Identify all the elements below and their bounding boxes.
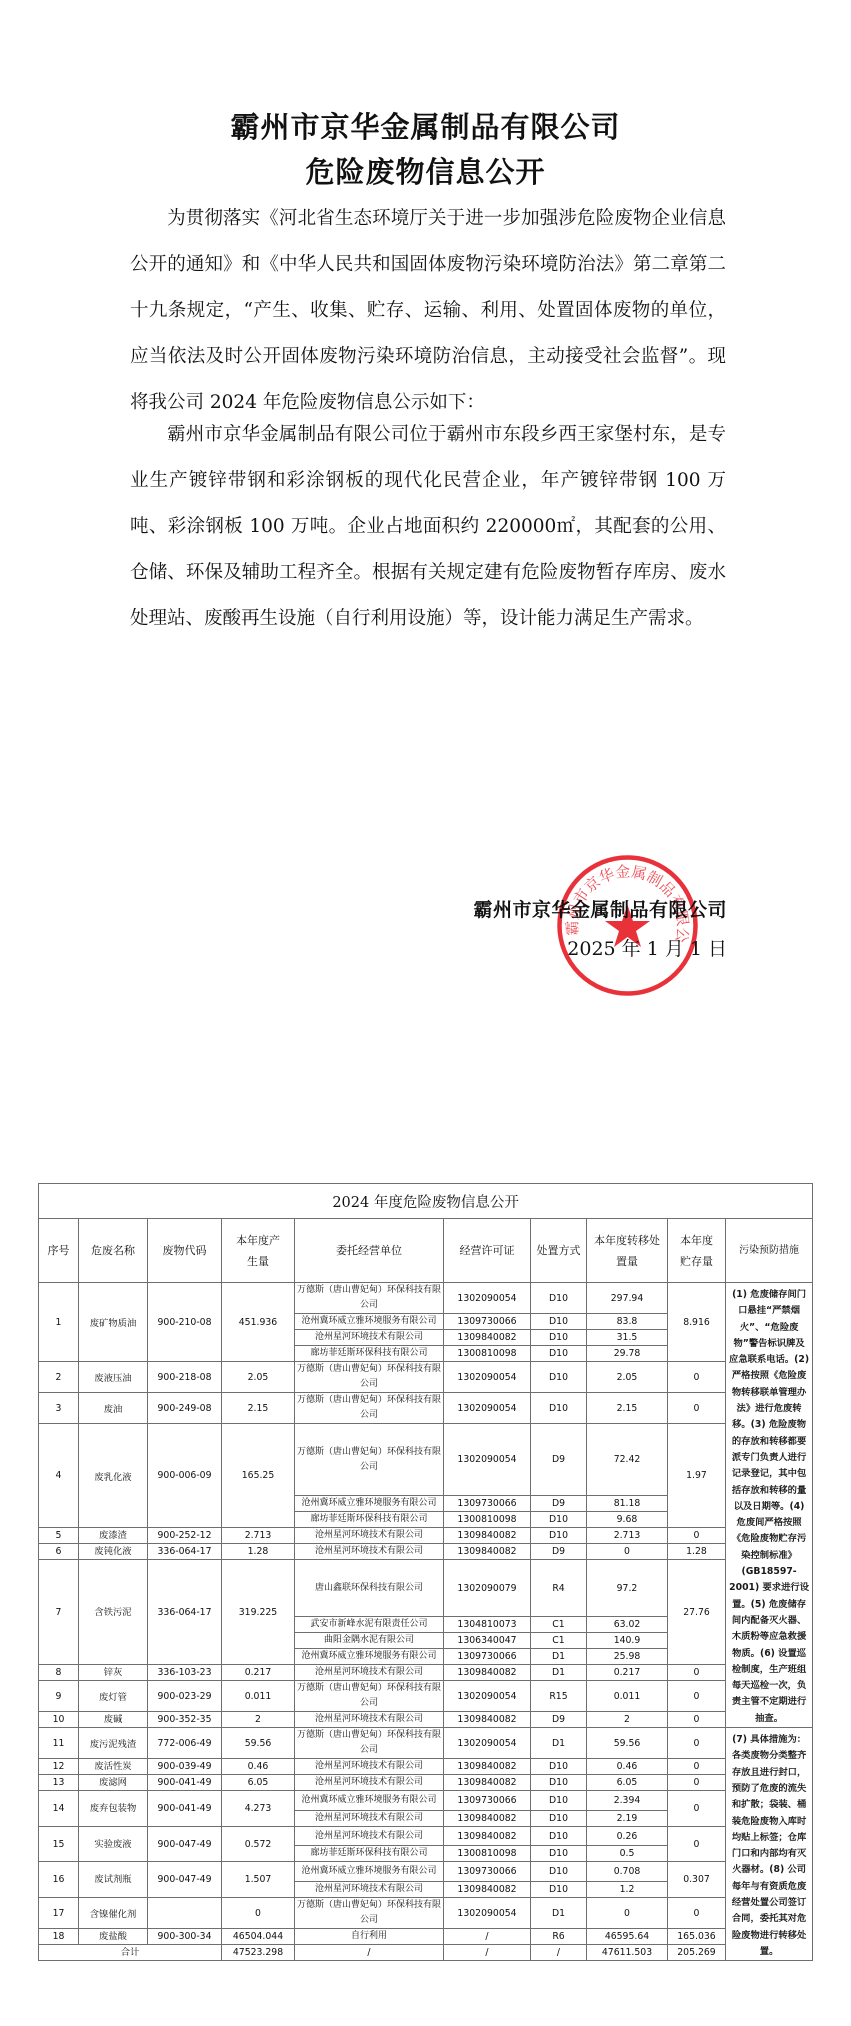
cell-seq: 13 xyxy=(39,1775,79,1791)
cell-code: 336-064-17 xyxy=(148,1560,222,1665)
cell-license: 1309840082 xyxy=(444,1882,531,1898)
cell-license: 1309840082 xyxy=(444,1665,531,1681)
cell-stored: 0 xyxy=(668,1826,726,1862)
cell-license: 1306340047 xyxy=(444,1633,531,1649)
cell-seq: 8 xyxy=(39,1665,79,1681)
cell-seq: 4 xyxy=(39,1424,79,1528)
table-row: 2废液压油900-218-082.05万德斯（唐山曹妃甸）环保科技有限公司130… xyxy=(39,1362,813,1393)
cell-transferred: 0 xyxy=(587,1544,668,1560)
cell-transferred: 297.94 xyxy=(587,1283,668,1314)
table-row: 11废污泥残渣772-006-4959.56万德斯（唐山曹妃甸）环保科技有限公司… xyxy=(39,1728,813,1759)
cell-method: D10 xyxy=(531,1810,587,1826)
cell-name: 废钝化液 xyxy=(79,1544,148,1560)
header-seq: 序号 xyxy=(39,1219,79,1283)
cell-unit: 万德斯（唐山曹妃甸）环保科技有限公司 xyxy=(295,1424,444,1496)
cell-stored: 0 xyxy=(668,1393,726,1424)
cell-produced: 0 xyxy=(222,1898,295,1929)
cell-method: D1 xyxy=(531,1665,587,1681)
cell-code: 900-252-12 xyxy=(148,1528,222,1544)
cell-code: 900-218-08 xyxy=(148,1362,222,1393)
cell-seq: 12 xyxy=(39,1759,79,1775)
company-profile-paragraph: 霸州市京华金属制品有限公司位于霸州市东段乡西王家堡村东，是专业生产镀锌带钢和彩涂… xyxy=(130,412,726,642)
header-license: 经营许可证 xyxy=(444,1219,531,1283)
total-license: / xyxy=(444,1945,531,1961)
cell-transferred: 72.42 xyxy=(587,1424,668,1496)
cell-stored: 0 xyxy=(668,1681,726,1712)
cell-method: D10 xyxy=(531,1362,587,1393)
cell-method: D10 xyxy=(531,1393,587,1424)
cell-name: 含镍催化剂 xyxy=(79,1898,148,1929)
cell-code xyxy=(148,1898,222,1929)
cell-stored: 0 xyxy=(668,1528,726,1544)
cell-license: 1309730066 xyxy=(444,1314,531,1330)
table-row: 8锌灰336-103-230.217沧州星河环境技术有限公司1309840082… xyxy=(39,1665,813,1681)
cell-license: 1309840082 xyxy=(444,1330,531,1346)
cell-stored: 0 xyxy=(668,1728,726,1759)
red-star-seal-icon: 霸州市京华金属制品有限公司 xyxy=(555,853,700,998)
cell-code: 900-041-49 xyxy=(148,1775,222,1791)
cell-transferred: 0.5 xyxy=(587,1846,668,1862)
cell-unit: 廊坊菲廷斯环保科技有限公司 xyxy=(295,1846,444,1862)
cell-method: D10 xyxy=(531,1791,587,1811)
cell-stored: 0 xyxy=(668,1759,726,1775)
header-produced: 本年度产生量 xyxy=(222,1219,295,1283)
cell-seq: 16 xyxy=(39,1862,79,1898)
cell-transferred: 97.2 xyxy=(587,1560,668,1617)
cell-code: 900-352-35 xyxy=(148,1712,222,1728)
cell-method: R15 xyxy=(531,1681,587,1712)
cell-transferred: 63.02 xyxy=(587,1617,668,1633)
cell-seq: 3 xyxy=(39,1393,79,1424)
total-label: 合计 xyxy=(39,1945,222,1961)
cell-transferred: 0.011 xyxy=(587,1681,668,1712)
cell-method: D1 xyxy=(531,1898,587,1929)
intro-paragraph: 为贯彻落实《河北省生态环境厅关于进一步加强涉危险废物企业信息公开的通知》和《中华… xyxy=(130,196,726,426)
cell-name: 实验废液 xyxy=(79,1826,148,1862)
cell-produced: 2.713 xyxy=(222,1528,295,1544)
cell-name: 废乳化液 xyxy=(79,1424,148,1528)
cell-method: D10 xyxy=(531,1314,587,1330)
cell-license: 1302090054 xyxy=(444,1681,531,1712)
table-row: 18废盐酸900-300-3446504.044自行利用/R646595.641… xyxy=(39,1929,813,1945)
cell-license: 1302090054 xyxy=(444,1898,531,1929)
table-row: 13废滤网900-041-496.05沧州星河环境技术有限公司130984008… xyxy=(39,1775,813,1791)
cell-produced: 4.273 xyxy=(222,1791,295,1827)
cell-transferred: 9.68 xyxy=(587,1512,668,1528)
cell-method: R4 xyxy=(531,1560,587,1617)
cell-license: 1309840082 xyxy=(444,1810,531,1826)
cell-seq: 7 xyxy=(39,1560,79,1665)
cell-license: 1302090054 xyxy=(444,1362,531,1393)
table-row: 14废弃包装物900-041-494.273沧州冀环威立雅环境服务有限公司130… xyxy=(39,1791,813,1811)
cell-stored: 0 xyxy=(668,1898,726,1929)
cell-method: D1 xyxy=(531,1649,587,1665)
cell-unit: 沧州冀环威立雅环境服务有限公司 xyxy=(295,1862,444,1882)
table-row: 9废灯管900-023-290.011万德斯（唐山曹妃甸）环保科技有限公司130… xyxy=(39,1681,813,1712)
document-title: 危险废物信息公开 xyxy=(0,150,851,191)
cell-code: 900-023-29 xyxy=(148,1681,222,1712)
header-transferred: 本年度转移处置量 xyxy=(587,1219,668,1283)
cell-unit: 自行利用 xyxy=(295,1929,444,1945)
cell-license: 1302090079 xyxy=(444,1560,531,1617)
cell-stored: 0.307 xyxy=(668,1862,726,1898)
cell-transferred: 2.05 xyxy=(587,1362,668,1393)
cell-code: 900-041-49 xyxy=(148,1791,222,1827)
table-row: 3废油900-249-082.15万德斯（唐山曹妃甸）环保科技有限公司13020… xyxy=(39,1393,813,1424)
cell-license: 1300810098 xyxy=(444,1346,531,1362)
cell-unit: 廊坊菲廷斯环保科技有限公司 xyxy=(295,1512,444,1528)
cell-license: 1300810098 xyxy=(444,1512,531,1528)
cell-name: 废活性炭 xyxy=(79,1759,148,1775)
cell-transferred: 31.5 xyxy=(587,1330,668,1346)
hazardous-waste-table: 2024 年度危险废物信息公开 序号 危废名称 废物代码 本年度产生量 委托经营… xyxy=(38,1183,813,1961)
cell-produced: 2.15 xyxy=(222,1393,295,1424)
cell-transferred: 81.18 xyxy=(587,1496,668,1512)
cell-transferred: 140.9 xyxy=(587,1633,668,1649)
cell-seq: 1 xyxy=(39,1283,79,1362)
cell-produced: 0.572 xyxy=(222,1826,295,1862)
cell-method: C1 xyxy=(531,1633,587,1649)
cell-unit: 沧州星河环境技术有限公司 xyxy=(295,1882,444,1898)
cell-name: 废液压油 xyxy=(79,1362,148,1393)
table-row: 7含铁污泥336-064-17319.225唐山鑫联环保科技有限公司130209… xyxy=(39,1560,813,1617)
cell-transferred: 0.708 xyxy=(587,1862,668,1882)
cell-stored: 1.28 xyxy=(668,1544,726,1560)
cell-method: D10 xyxy=(531,1346,587,1362)
cell-license: 1302090054 xyxy=(444,1393,531,1424)
cell-method: D10 xyxy=(531,1283,587,1314)
cell-transferred: 6.05 xyxy=(587,1775,668,1791)
total-stored: 205.269 xyxy=(668,1945,726,1961)
cell-method: C1 xyxy=(531,1617,587,1633)
cell-produced: 2.05 xyxy=(222,1362,295,1393)
cell-name: 废碱 xyxy=(79,1712,148,1728)
signature-date: 2025 年 1 月 1 日 xyxy=(567,934,727,961)
cell-license: 1309730066 xyxy=(444,1862,531,1882)
cell-license: 1309840082 xyxy=(444,1528,531,1544)
total-method: / xyxy=(531,1945,587,1961)
cell-produced: 319.225 xyxy=(222,1560,295,1665)
table-title: 2024 年度危险废物信息公开 xyxy=(39,1184,813,1219)
cell-unit: 廊坊菲廷斯环保科技有限公司 xyxy=(295,1346,444,1362)
cell-code: 336-064-17 xyxy=(148,1544,222,1560)
cell-code: 900-047-49 xyxy=(148,1826,222,1862)
header-unit: 委托经营单位 xyxy=(295,1219,444,1283)
intro-paragraph-text: 为贯彻落实《河北省生态环境厅关于进一步加强涉危险废物企业信息公开的通知》和《中华… xyxy=(130,208,726,413)
cell-name: 废弃包装物 xyxy=(79,1791,148,1827)
table-row: 5废漆渣900-252-122.713沧州星河环境技术有限公司130984008… xyxy=(39,1528,813,1544)
cell-transferred: 59.56 xyxy=(587,1728,668,1759)
cell-produced: 451.936 xyxy=(222,1283,295,1362)
cell-code: 772-006-49 xyxy=(148,1728,222,1759)
cell-code: 900-249-08 xyxy=(148,1393,222,1424)
cell-transferred: 2.713 xyxy=(587,1528,668,1544)
cell-license: 1309730066 xyxy=(444,1791,531,1811)
cell-license: 1302090054 xyxy=(444,1283,531,1314)
cell-license: 1302090054 xyxy=(444,1728,531,1759)
total-transferred: 47611.503 xyxy=(587,1945,668,1961)
cell-method: D10 xyxy=(531,1759,587,1775)
cell-method: D10 xyxy=(531,1775,587,1791)
table-row: 16废试剂瓶900-047-491.507沧州冀环威立雅环境服务有限公司1309… xyxy=(39,1862,813,1882)
cell-name: 废污泥残渣 xyxy=(79,1728,148,1759)
cell-license: 1302090054 xyxy=(444,1424,531,1496)
cell-unit: 沧州星河环境技术有限公司 xyxy=(295,1712,444,1728)
cell-seq: 11 xyxy=(39,1728,79,1759)
header-stored: 本年度贮存量 xyxy=(668,1219,726,1283)
cell-code: 900-210-08 xyxy=(148,1283,222,1362)
table-total-row: 合计47523.298///47611.503205.269 xyxy=(39,1945,813,1961)
header-code: 废物代码 xyxy=(148,1219,222,1283)
cell-seq: 9 xyxy=(39,1681,79,1712)
cell-transferred: 2.15 xyxy=(587,1393,668,1424)
cell-seq: 2 xyxy=(39,1362,79,1393)
cell-unit: 沧州星河环境技术有限公司 xyxy=(295,1665,444,1681)
cell-produced: 46504.044 xyxy=(222,1929,295,1945)
cell-stored: 0 xyxy=(668,1791,726,1827)
cell-stored: 8.916 xyxy=(668,1283,726,1362)
cell-unit: 万德斯（唐山曹妃甸）环保科技有限公司 xyxy=(295,1283,444,1314)
cell-name: 废矿物质油 xyxy=(79,1283,148,1362)
cell-unit: 沧州星河环境技术有限公司 xyxy=(295,1775,444,1791)
cell-name: 废试剂瓶 xyxy=(79,1862,148,1898)
header-name: 危废名称 xyxy=(79,1219,148,1283)
cell-stored: 0 xyxy=(668,1775,726,1791)
cell-method: D10 xyxy=(531,1882,587,1898)
cell-license: 1309730066 xyxy=(444,1649,531,1665)
cell-name: 废漆渣 xyxy=(79,1528,148,1544)
cell-transferred: 25.98 xyxy=(587,1649,668,1665)
cell-license: 1309840082 xyxy=(444,1826,531,1846)
cell-license: 1309840082 xyxy=(444,1775,531,1791)
cell-transferred: 2 xyxy=(587,1712,668,1728)
cell-seq: 17 xyxy=(39,1898,79,1929)
table-row: 17含镍催化剂0万德斯（唐山曹妃甸）环保科技有限公司1302090054D100 xyxy=(39,1898,813,1929)
cell-unit: 万德斯（唐山曹妃甸）环保科技有限公司 xyxy=(295,1362,444,1393)
cell-method: D9 xyxy=(531,1544,587,1560)
cell-stored: 27.76 xyxy=(668,1560,726,1665)
cell-license: 1309730066 xyxy=(444,1496,531,1512)
cell-license: 1309840082 xyxy=(444,1759,531,1775)
cell-method: D10 xyxy=(531,1528,587,1544)
total-produced: 47523.298 xyxy=(222,1945,295,1961)
cell-method: D9 xyxy=(531,1496,587,1512)
cell-stored: 1.97 xyxy=(668,1424,726,1528)
cell-license: / xyxy=(444,1929,531,1945)
cell-name: 废灯管 xyxy=(79,1681,148,1712)
cell-name: 含铁污泥 xyxy=(79,1560,148,1665)
cell-transferred: 83.8 xyxy=(587,1314,668,1330)
cell-produced: 1.507 xyxy=(222,1862,295,1898)
table-row: 1废矿物质油900-210-08451.936万德斯（唐山曹妃甸）环保科技有限公… xyxy=(39,1283,813,1314)
cell-produced: 1.28 xyxy=(222,1544,295,1560)
cell-stored: 165.036 xyxy=(668,1929,726,1945)
header-measures: 污染预防措施 xyxy=(726,1219,813,1283)
cell-method: D10 xyxy=(531,1330,587,1346)
cell-transferred: 2.394 xyxy=(587,1791,668,1811)
cell-unit: 武安市新峰水泥有限责任公司 xyxy=(295,1617,444,1633)
cell-seq: 14 xyxy=(39,1791,79,1827)
cell-unit: 沧州冀环威立雅环境服务有限公司 xyxy=(295,1496,444,1512)
cell-name: 废滤网 xyxy=(79,1775,148,1791)
cell-produced: 0.46 xyxy=(222,1759,295,1775)
cell-produced: 2 xyxy=(222,1712,295,1728)
cell-unit: 沧州星河环境技术有限公司 xyxy=(295,1810,444,1826)
cell-stored: 0 xyxy=(668,1712,726,1728)
cell-method: R6 xyxy=(531,1929,587,1945)
cell-measures-part1: (1) 危废储存间门口悬挂“严禁烟火”、“危险废物”警告标识牌及应急联系电话。(… xyxy=(726,1283,813,1728)
header-method: 处置方式 xyxy=(531,1219,587,1283)
cell-license: 1309840082 xyxy=(444,1544,531,1560)
cell-unit: 万德斯（唐山曹妃甸）环保科技有限公司 xyxy=(295,1681,444,1712)
table-row: 15实验废液900-047-490.572沧州星河环境技术有限公司1309840… xyxy=(39,1826,813,1846)
cell-unit: 曲阳金隅水泥有限公司 xyxy=(295,1633,444,1649)
table-row: 12废活性炭900-039-490.46沧州星河环境技术有限公司13098400… xyxy=(39,1759,813,1775)
cell-code: 900-047-49 xyxy=(148,1862,222,1898)
cell-seq: 15 xyxy=(39,1826,79,1862)
cell-unit: 沧州星河环境技术有限公司 xyxy=(295,1759,444,1775)
cell-unit: 唐山鑫联环保科技有限公司 xyxy=(295,1560,444,1617)
document-page: 霸州市京华金属制品有限公司 危险废物信息公开 为贯彻落实《河北省生态环境厅关于进… xyxy=(0,0,851,2026)
cell-transferred: 1.2 xyxy=(587,1882,668,1898)
cell-unit: 沧州冀环威立雅环境服务有限公司 xyxy=(295,1649,444,1665)
cell-unit: 沧州星河环境技术有限公司 xyxy=(295,1826,444,1846)
cell-method: D10 xyxy=(531,1826,587,1846)
cell-license: 1300810098 xyxy=(444,1846,531,1862)
cell-method: D10 xyxy=(531,1512,587,1528)
cell-code: 900-006-09 xyxy=(148,1424,222,1528)
cell-method: D9 xyxy=(531,1424,587,1496)
cell-transferred: 0.46 xyxy=(587,1759,668,1775)
table-row: 4废乳化液900-006-09165.25万德斯（唐山曹妃甸）环保科技有限公司1… xyxy=(39,1424,813,1496)
cell-method: D10 xyxy=(531,1846,587,1862)
cell-stored: 0 xyxy=(668,1665,726,1681)
cell-transferred: 46595.64 xyxy=(587,1929,668,1945)
signature-company: 霸州市京华金属制品有限公司 xyxy=(473,895,727,922)
cell-unit: 沧州星河环境技术有限公司 xyxy=(295,1544,444,1560)
cell-unit: 万德斯（唐山曹妃甸）环保科技有限公司 xyxy=(295,1393,444,1424)
cell-method: D10 xyxy=(531,1862,587,1882)
cell-unit: 万德斯（唐山曹妃甸）环保科技有限公司 xyxy=(295,1898,444,1929)
cell-code: 900-300-34 xyxy=(148,1929,222,1945)
cell-produced: 0.011 xyxy=(222,1681,295,1712)
cell-unit: 沧州冀环威立雅环境服务有限公司 xyxy=(295,1314,444,1330)
company-profile-text: 霸州市京华金属制品有限公司位于霸州市东段乡西王家堡村东，是专业生产镀锌带钢和彩涂… xyxy=(130,424,726,629)
cell-unit: 沧州星河环境技术有限公司 xyxy=(295,1330,444,1346)
cell-method: D1 xyxy=(531,1728,587,1759)
cell-measures-part2: (7) 具体措施为：各类废物分类整齐存放且进行封口，预防了危废的流失和扩散；袋装… xyxy=(726,1728,813,1961)
cell-seq: 18 xyxy=(39,1929,79,1945)
cell-produced: 59.56 xyxy=(222,1728,295,1759)
cell-name: 锌灰 xyxy=(79,1665,148,1681)
cell-transferred: 0 xyxy=(587,1898,668,1929)
cell-seq: 6 xyxy=(39,1544,79,1560)
cell-seq: 10 xyxy=(39,1712,79,1728)
cell-transferred: 2.19 xyxy=(587,1810,668,1826)
cell-method: D9 xyxy=(531,1712,587,1728)
total-unit: / xyxy=(295,1945,444,1961)
cell-unit: 万德斯（唐山曹妃甸）环保科技有限公司 xyxy=(295,1728,444,1759)
cell-transferred: 0.26 xyxy=(587,1826,668,1846)
table-row: 10废碱900-352-352沧州星河环境技术有限公司1309840082D92… xyxy=(39,1712,813,1728)
table-header-row: 序号 危废名称 废物代码 本年度产生量 委托经营单位 经营许可证 处置方式 本年… xyxy=(39,1219,813,1283)
cell-unit: 沧州星河环境技术有限公司 xyxy=(295,1528,444,1544)
cell-name: 废盐酸 xyxy=(79,1929,148,1945)
cell-license: 1309840082 xyxy=(444,1712,531,1728)
cell-transferred: 29.78 xyxy=(587,1346,668,1362)
cell-stored: 0 xyxy=(668,1362,726,1393)
company-title: 霸州市京华金属制品有限公司 xyxy=(0,105,851,146)
cell-produced: 6.05 xyxy=(222,1775,295,1791)
cell-license: 1304810073 xyxy=(444,1617,531,1633)
cell-produced: 0.217 xyxy=(222,1665,295,1681)
cell-seq: 5 xyxy=(39,1528,79,1544)
cell-code: 336-103-23 xyxy=(148,1665,222,1681)
cell-produced: 165.25 xyxy=(222,1424,295,1528)
cell-code: 900-039-49 xyxy=(148,1759,222,1775)
table-row: 6废钝化液336-064-171.28沧州星河环境技术有限公司130984008… xyxy=(39,1544,813,1560)
cell-transferred: 0.217 xyxy=(587,1665,668,1681)
cell-unit: 沧州冀环威立雅环境服务有限公司 xyxy=(295,1791,444,1811)
cell-name: 废油 xyxy=(79,1393,148,1424)
